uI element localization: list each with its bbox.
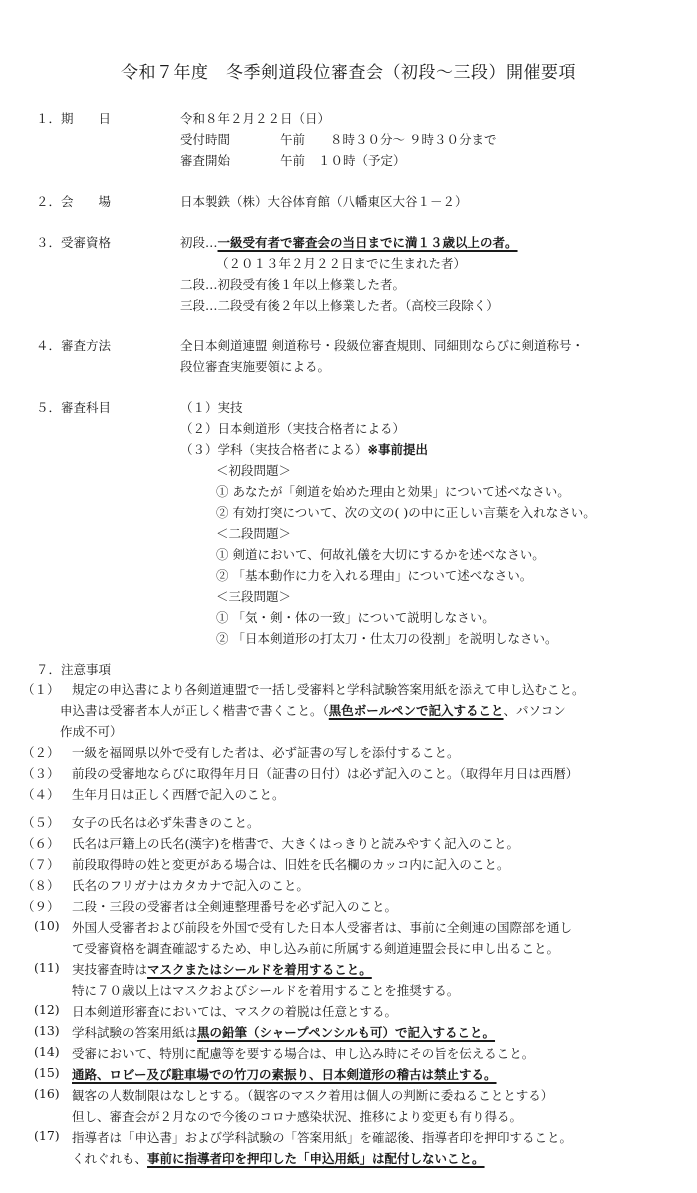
note-12-num: (12) — [34, 1002, 60, 1017]
shodan-prefix: 初段… — [180, 235, 218, 250]
note-13-line-1: 学科試験の答案用紙は黒の鉛筆（シャープペンシルも可）で記入すること。 — [72, 1023, 495, 1041]
section-5-item-3: （３）学科（実技合格者による）※事前提出 — [180, 440, 428, 458]
section-3-nidan: 二段…初段受有後１年以上修業した者。 — [180, 275, 405, 293]
note-14-num: (14) — [34, 1044, 60, 1059]
start-label: 審査開始 — [180, 151, 280, 169]
section-4-label: ４．審査方法 — [36, 336, 111, 354]
note-2-num: （２） — [22, 743, 60, 761]
section-1-date: 令和８年２月２２日（日） — [180, 109, 330, 127]
note-4-text: 生年月日は正しく西暦で記入のこと。 — [72, 785, 285, 803]
note-5-num: （５） — [22, 813, 60, 831]
section-1-reception: 受付時間午前８時３０分～ ９時３０分まで — [180, 130, 496, 148]
note-1-line-2-emphasis: 黒色ボールペンで記入すること — [329, 703, 504, 718]
note-17-line-2-pre: くれぐれも、 — [72, 1151, 147, 1166]
note-15-emphasis: 通路、ロビー及び駐車場での竹刀の素振り、日本剣道形の稽古は禁止する。 — [72, 1065, 497, 1083]
note-13-num: (13) — [34, 1023, 60, 1038]
section-5-label: ５．審査科目 — [36, 398, 111, 416]
note-6-num: （６） — [22, 834, 60, 852]
note-1-line-1: 規定の申込書により各剣道連盟で一括し受審料と学科試験答案用紙を添えて申し込むこと… — [72, 680, 585, 698]
note-10-line-1: 外国人受審者および前段を外国で受有した日本人受審者は、事前に全剣連の国際部を通し — [72, 918, 572, 936]
nidan-questions-header: ＜二段問題＞ — [216, 524, 291, 542]
note-1-line-2: 申込書は受審者本人が正しく楷書で書くこと。（黒色ボールペンで記入すること、パソコ… — [60, 701, 566, 719]
note-5-text: 女子の氏名は必ず朱書きのこと。 — [72, 813, 260, 831]
shodan-question-2: ② 有効打突について、次の文の( )の中に正しい言葉を入れなさい。 — [216, 503, 596, 521]
section-4-line2: 段位審査実施要領による。 — [180, 357, 330, 375]
section-3-label: ３．受審資格 — [36, 233, 111, 251]
note-11-num: (11) — [34, 960, 60, 975]
note-15-num: (15) — [34, 1065, 60, 1080]
note-7-text: 前段取得時の姓と変更がある場合は、旧姓を氏名欄のカッコ内に記入のこと。 — [72, 855, 509, 873]
nidan-question-1: ① 剣道において、何故礼儀を大切にするかを述べなさい。 — [216, 545, 545, 563]
section-2-label: ２．会 場 — [36, 192, 111, 210]
note-12-text: 日本剣道形審査においては、マスクの着脱は任意とする。 — [72, 1002, 397, 1020]
note-11-emphasis: マスクまたはシールドを着用すること。 — [147, 962, 372, 977]
note-13-emphasis: 黒の鉛筆（シャープペンシルも可）で記入すること。 — [197, 1025, 495, 1040]
item-3-advance-submission: ※事前提出 — [368, 442, 428, 457]
note-1-num: （１） — [22, 680, 60, 698]
section-3-shodan-note: （２０１３年２月２２日までに生まれた者） — [216, 254, 466, 272]
note-17-line-1: 指導者は「申込書」および学科試験の「答案用紙」を確認後、指導者印を押印すること。 — [72, 1128, 572, 1146]
note-4-num: （４） — [22, 785, 60, 803]
note-8-num: （８） — [22, 876, 60, 894]
shodan-requirement: 一級受有者で審査会の当日までに満１３歳以上の者。 — [218, 235, 518, 250]
item-3-text: （３）学科（実技合格者による） — [180, 442, 368, 457]
reception-label: 受付時間 — [180, 130, 280, 148]
note-13-line-1-pre: 学科試験の答案用紙は — [72, 1025, 197, 1040]
shodan-question-1: ① あなたが「剣道を始めた理由と効果」について述べなさい。 — [216, 482, 570, 500]
note-3-text: 前段の受審地ならびに取得年月日（証書の日付）は必ず記入のこと。（取得年月日は西暦… — [72, 764, 578, 782]
note-17-line-2: くれぐれも、事前に指導者印を押印した「申込用紙」は配付しないこと。 — [72, 1149, 485, 1167]
note-6-text: 氏名は戸籍上の氏名(漢字)を楷書で、大きくはっきりと読みやすく記入のこと。 — [72, 834, 519, 852]
note-9-num: （９） — [22, 897, 60, 915]
note-11-line-1-pre: 実技審査時は — [72, 962, 147, 977]
note-16-line-1: 観客の人数制限はなしとする。（観客のマスク着用は個人の判断に委ねることとする） — [72, 1086, 553, 1104]
reception-ampm: 午前 — [280, 130, 330, 148]
note-2-text: 一級を福岡県以外で受有した者は、必ず証書の写しを添付すること。 — [72, 743, 460, 761]
nidan-question-2: ② 「基本動作に力を入れる理由」について述べなさい。 — [216, 566, 532, 584]
note-11-line-1: 実技審査時はマスクまたはシールドを着用すること。 — [72, 960, 372, 978]
section-7-label: ７．注意事項 — [36, 660, 111, 678]
note-3-num: （３） — [22, 764, 60, 782]
sandan-questions-header: ＜三段問題＞ — [216, 587, 291, 605]
note-16-line-2: 但し、審査会が２月なので今後のコロナ感染状況、推移により変更も有り得る。 — [72, 1107, 522, 1125]
note-14-text: 受審において、特別に配慮等を要する場合は、申し込み時にその旨を伝えること。 — [72, 1044, 534, 1062]
section-5-item-2: （２）日本剣道形（実技合格者による） — [180, 419, 405, 437]
section-3-shodan: 初段…一級受有者で審査会の当日までに満１３歳以上の者。 — [180, 233, 518, 251]
note-17-emphasis: 事前に指導者印を押印した「申込用紙」は配付しないこと。 — [147, 1151, 485, 1166]
section-4-line1: 全日本剣道連盟 剣道称号・段級位審査規則、同細則ならびに剣道称号・ — [180, 336, 584, 354]
document-title: 令和７年度 冬季剣道段位審査会（初段～三段）開催要項 — [0, 58, 697, 83]
note-10-num: (10) — [34, 918, 60, 933]
reception-time: ８時３０分～ ９時３０分まで — [330, 132, 496, 147]
sandan-question-1: ① 「気・剣・体の一致」について説明しなさい。 — [216, 608, 495, 626]
section-1-start: 審査開始午前１０時（予定） — [180, 151, 406, 169]
section-3-sandan: 三段…二段受有後２年以上修業した者。（高校三段除く） — [180, 296, 499, 314]
note-16-num: (16) — [34, 1086, 60, 1101]
note-7-num: （７） — [22, 855, 60, 873]
section-5-item-1: （１）実技 — [180, 398, 243, 416]
note-8-text: 氏名のフリガナはカタカナで記入のこと。 — [72, 876, 309, 894]
note-1-line-2-post: 、パソコン — [504, 703, 566, 718]
note-1-line-3: 作成不可） — [60, 722, 123, 740]
start-ampm: 午前 — [280, 151, 318, 169]
note-1-line-2-pre: 申込書は受審者本人が正しく楷書で書くこと。（ — [60, 703, 329, 718]
note-9-text: 二段・三段の受審者は全剣連整理番号を必ず記入のこと。 — [72, 897, 397, 915]
start-time: １０時（予定） — [318, 153, 406, 168]
note-10-line-2: て受審資格を調査確認するため、申し込み前に所属する剣道連盟会長に申し出ること。 — [72, 939, 559, 957]
sandan-question-2: ② 「日本剣道形の打太刀・仕太刀の役割」を説明しなさい。 — [216, 629, 557, 647]
note-17-num: (17) — [34, 1128, 60, 1143]
section-2-venue: 日本製鉄（株）大谷体育館（八幡東区大谷１－２） — [180, 192, 468, 210]
section-1-label: １．期 日 — [36, 109, 111, 127]
note-11-line-2: 特に７０歳以上はマスクおよびシールドを着用することを推奨する。 — [72, 981, 459, 999]
shodan-questions-header: ＜初段問題＞ — [216, 461, 291, 479]
